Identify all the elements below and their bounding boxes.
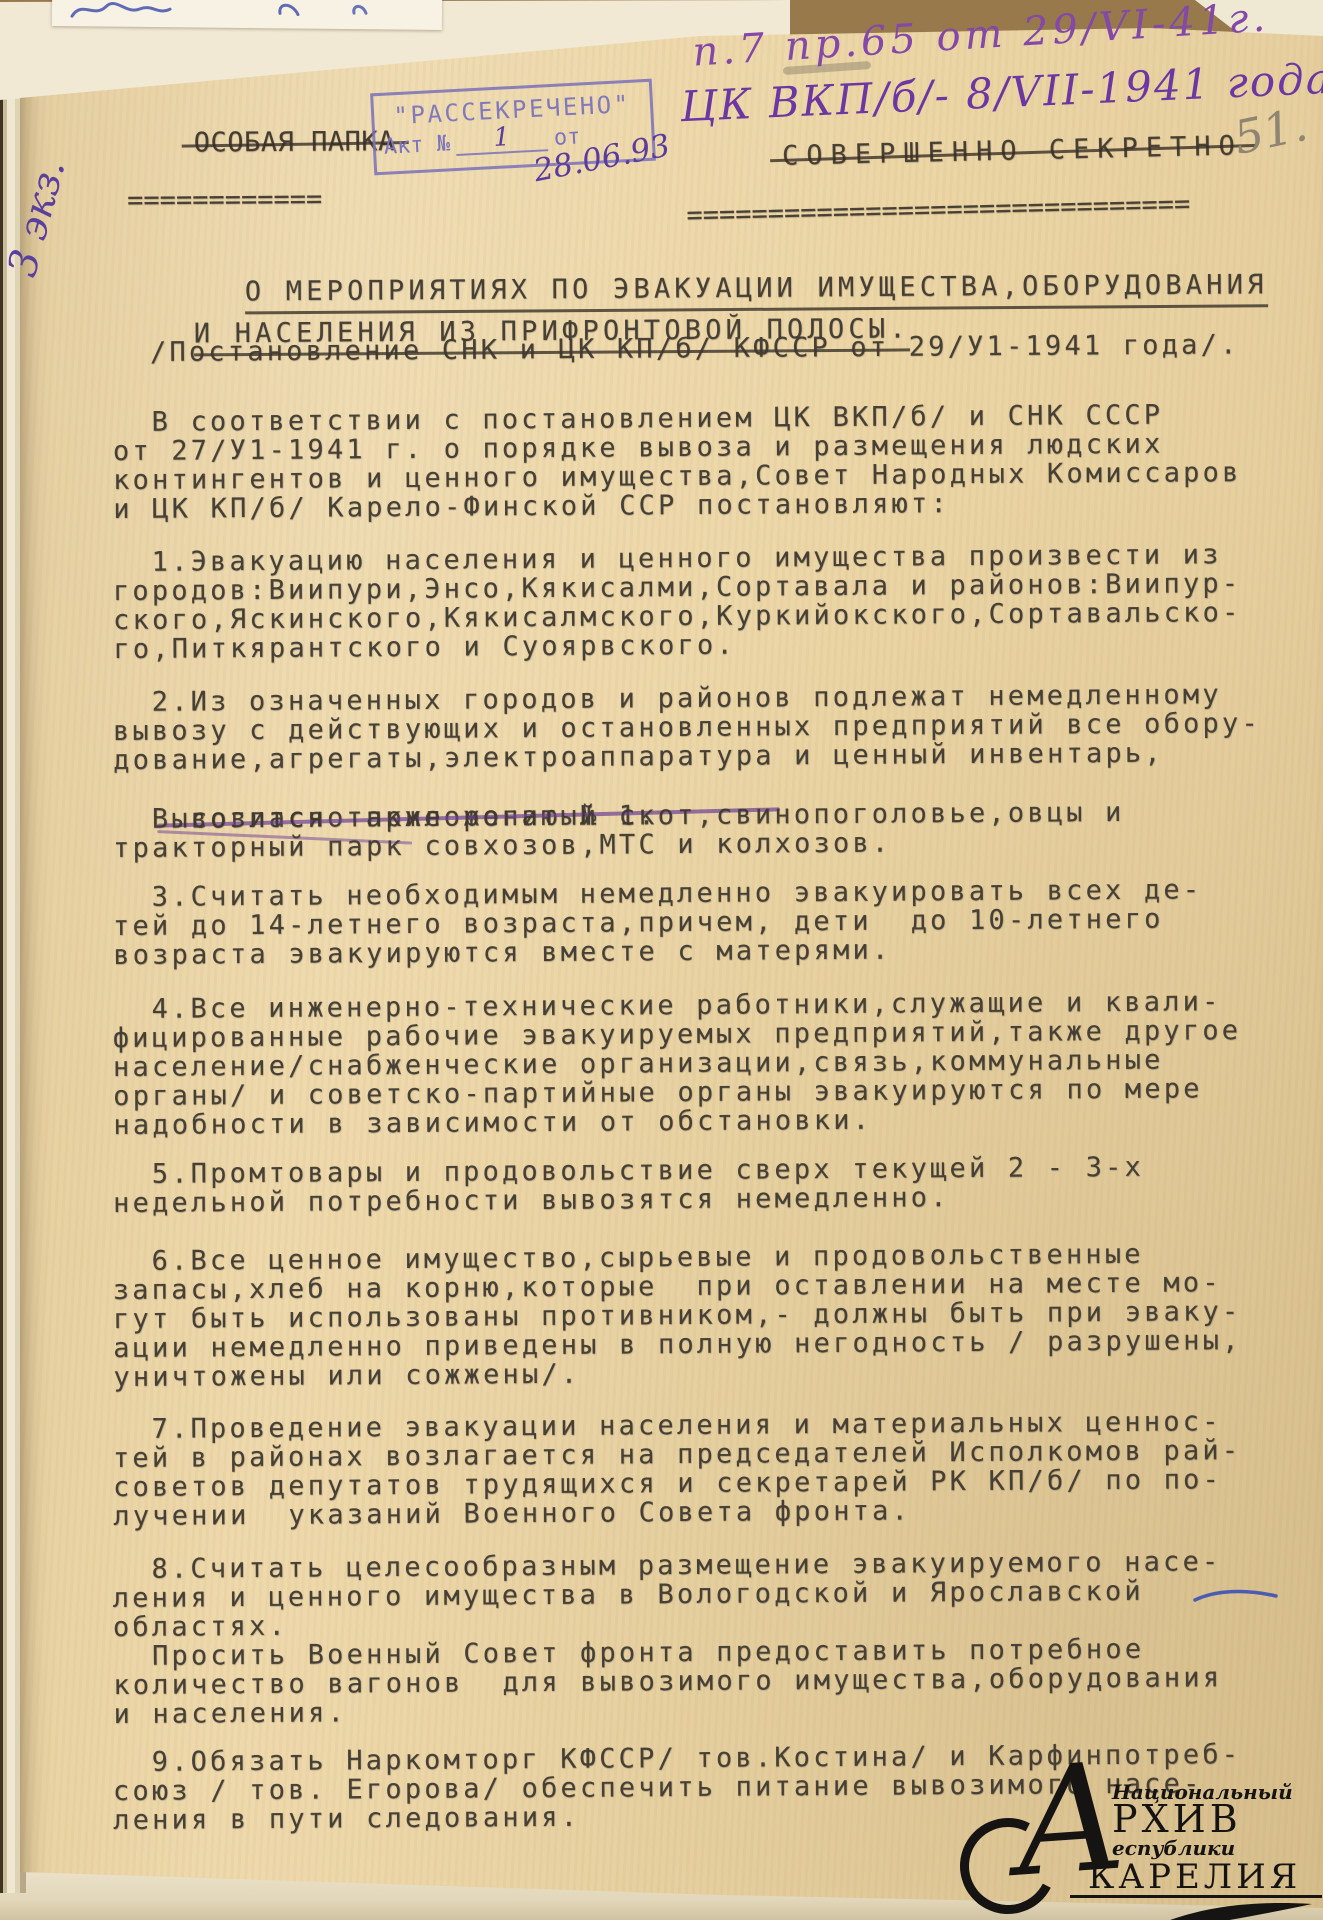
paragraph-6: 6.Все ценное имущество,сырьевые и продов… <box>112 1239 1241 1392</box>
paragraph-4: 4.Все инженерно-технические работники,сл… <box>112 987 1241 1140</box>
paragraph-2: 2.Из означенных городов и районов подлеж… <box>113 680 1261 775</box>
paper-slip <box>52 0 442 30</box>
watermark-line-arkhiv: РХИВ <box>1112 1800 1301 1838</box>
declassified-stamp: "РАССЕКРЕЧЕНО" Акт № 1 от 28.06.93 <box>370 79 656 176</box>
paragraph-intro: В соответствии с постановлением ЦК ВКП/б… <box>113 400 1242 524</box>
paragraph-5: 5.Промтовары и продовольствие сверх теку… <box>113 1153 1145 1218</box>
stamp-act-number: 1 <box>493 122 511 153</box>
paragraph-8: 8.Считать целесообразным размещение эвак… <box>112 1547 1222 1729</box>
paragraph-2-continued: Вывозится также рогатый скот,свинопоголо… <box>113 798 1125 863</box>
special-folder-heading: ОСОБАЯ ПАПКА ============ <box>126 98 395 268</box>
stamp-act-label: Акт № <box>383 131 450 159</box>
paragraph-1: 1.Эвакуацию населения и ценного имуществ… <box>113 540 1242 664</box>
handwriting-scribble-icon <box>66 0 386 25</box>
special-folder-underline: ============ <box>127 190 395 210</box>
special-folder-text: ОСОБАЯ ПАПКА <box>194 127 395 157</box>
watermark-line-karelia: КАРЕЛИЯ <box>1088 1860 1301 1896</box>
document-subtitle: /Постановление СНК и ЦК КП/б/ КФССР от 2… <box>150 330 1240 367</box>
top-secret-underline: =============================== <box>686 194 1244 225</box>
paragraph-3: 3.Считать необходимым немедленно эвакуир… <box>113 875 1203 970</box>
top-secret-text: СОВЕРШЕННО СЕКРЕТНО <box>782 131 1243 170</box>
paragraph-7: 7.Проведение эвакуации населения и матер… <box>113 1407 1242 1531</box>
quill-icon <box>1162 1898 1314 1920</box>
blue-pen-mark <box>1192 1585 1280 1609</box>
archive-watermark: А Национальный РХИВ еспублики КАРЕЛИЯ <box>962 1778 1323 1920</box>
scanned-archival-document: 3 экз. ОСОБАЯ ПАПКА ============ "РАССЕК… <box>0 0 1323 1920</box>
